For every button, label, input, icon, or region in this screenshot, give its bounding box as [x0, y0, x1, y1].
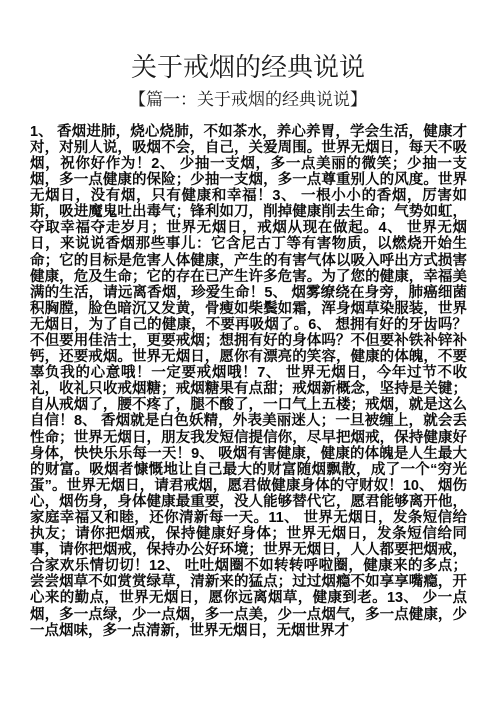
document-page: 关于戒烟的经典说说 【篇一：关于戒烟的经典说说】 1、 香烟进肺，烧心烧肺，不如… [0, 0, 496, 702]
body-text: 1、 香烟进肺，烧心烧肺，不如茶水，养心养胃，学会生活，健康才对，对别人说，吸烟… [30, 124, 467, 639]
section-heading: 【篇一：关于戒烟的经典说说】 [0, 89, 496, 110]
document-title: 关于戒烟的经典说说 [0, 52, 496, 85]
